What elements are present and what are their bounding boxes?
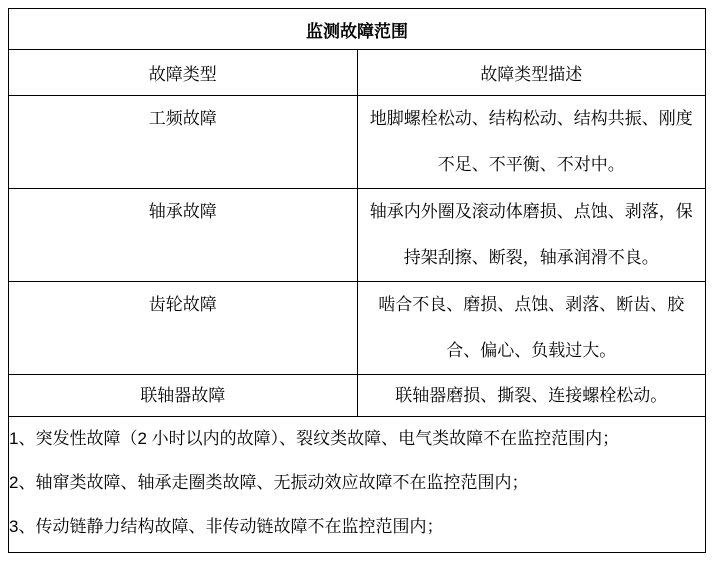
fault-type-cell: 联轴器故障 [9, 375, 358, 417]
column-header-fault-desc: 故障类型描述 [357, 50, 706, 96]
fault-desc-cell: 地脚螺栓松动、结构松动、结构共振、刚度不足、不平衡、不对中。 [357, 96, 706, 189]
fault-type-cell: 工频故障 [9, 96, 358, 189]
table-row-gongpin: 工频故障 地脚螺栓松动、结构松动、结构共振、刚度不足、不平衡、不对中。 [9, 96, 706, 189]
notes-cell: 1、突发性故障（2 小时以内的故障）、裂纹类故障、电气类故障不在监控范围内； 2… [9, 417, 706, 553]
note-line-1: 1、突发性故障（2 小时以内的故障）、裂纹类故障、电气类故障不在监控范围内； [9, 417, 705, 461]
fault-type-cell: 齿轮故障 [9, 282, 358, 375]
table-row-zhoucheng: 轴承故障 轴承内外圈及滚动体磨损、点蚀、剥落，保持架刮擦、断裂，轴承润滑不良。 [9, 189, 706, 282]
column-header-fault-type: 故障类型 [9, 50, 358, 96]
fault-scope-table: 监测故障范围 故障类型 故障类型描述 工频故障 地脚螺栓松动、结构松动、结构共振… [8, 8, 706, 553]
fault-type-cell: 轴承故障 [9, 189, 358, 282]
note-line-2: 2、轴窜类故障、轴承走圈类故障、无振动效应故障不在监控范围内； [9, 461, 705, 505]
table-row-lianzhouqi: 联轴器故障 联轴器磨损、撕裂、连接螺栓松动。 [9, 375, 706, 417]
note-line-3: 3、传动链静力结构故障、非传动链故障不在监控范围内； [9, 505, 705, 549]
document-page: 监测故障范围 故障类型 故障类型描述 工频故障 地脚螺栓松动、结构松动、结构共振… [0, 0, 714, 563]
fault-desc-cell: 啮合不良、磨损、点蚀、剥落、断齿、胶合、偏心、负载过大。 [357, 282, 706, 375]
table-row-chilun: 齿轮故障 啮合不良、磨损、点蚀、剥落、断齿、胶合、偏心、负载过大。 [9, 282, 706, 375]
table-title: 监测故障范围 [9, 9, 706, 50]
notes-row: 1、突发性故障（2 小时以内的故障）、裂纹类故障、电气类故障不在监控范围内； 2… [9, 417, 706, 553]
title-row: 监测故障范围 [9, 9, 706, 50]
fault-desc-cell: 联轴器磨损、撕裂、连接螺栓松动。 [357, 375, 706, 417]
fault-desc-cell: 轴承内外圈及滚动体磨损、点蚀、剥落，保持架刮擦、断裂，轴承润滑不良。 [357, 189, 706, 282]
header-row: 故障类型 故障类型描述 [9, 50, 706, 96]
